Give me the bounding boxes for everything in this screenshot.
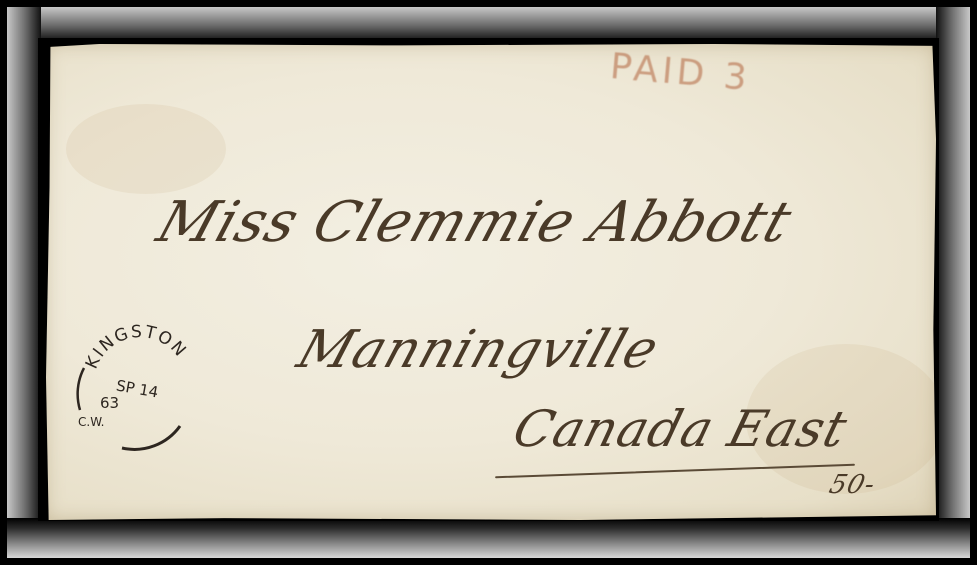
kingston-postmark: KINGSTON SP 14 63 C.W. bbox=[66, 318, 202, 454]
frame-bevel-bottom bbox=[7, 518, 970, 558]
postmark-year: 63 bbox=[100, 394, 119, 412]
picture-frame: PAID 3 KINGSTON SP 14 63 C.W. Miss Clemm… bbox=[0, 0, 977, 565]
svg-text:KINGSTON: KINGSTON bbox=[82, 322, 191, 372]
address-region: Canada East bbox=[507, 400, 853, 458]
postmark-date: SP 14 bbox=[115, 376, 160, 401]
paper-stain bbox=[66, 104, 226, 194]
postmark-town: KINGSTON bbox=[82, 322, 191, 372]
address-town: Manningville bbox=[290, 320, 666, 380]
postmark-province: C.W. bbox=[78, 415, 105, 429]
pencil-price-note: 50- bbox=[826, 470, 879, 500]
address-recipient: Miss Clemmie Abbott bbox=[149, 190, 799, 255]
